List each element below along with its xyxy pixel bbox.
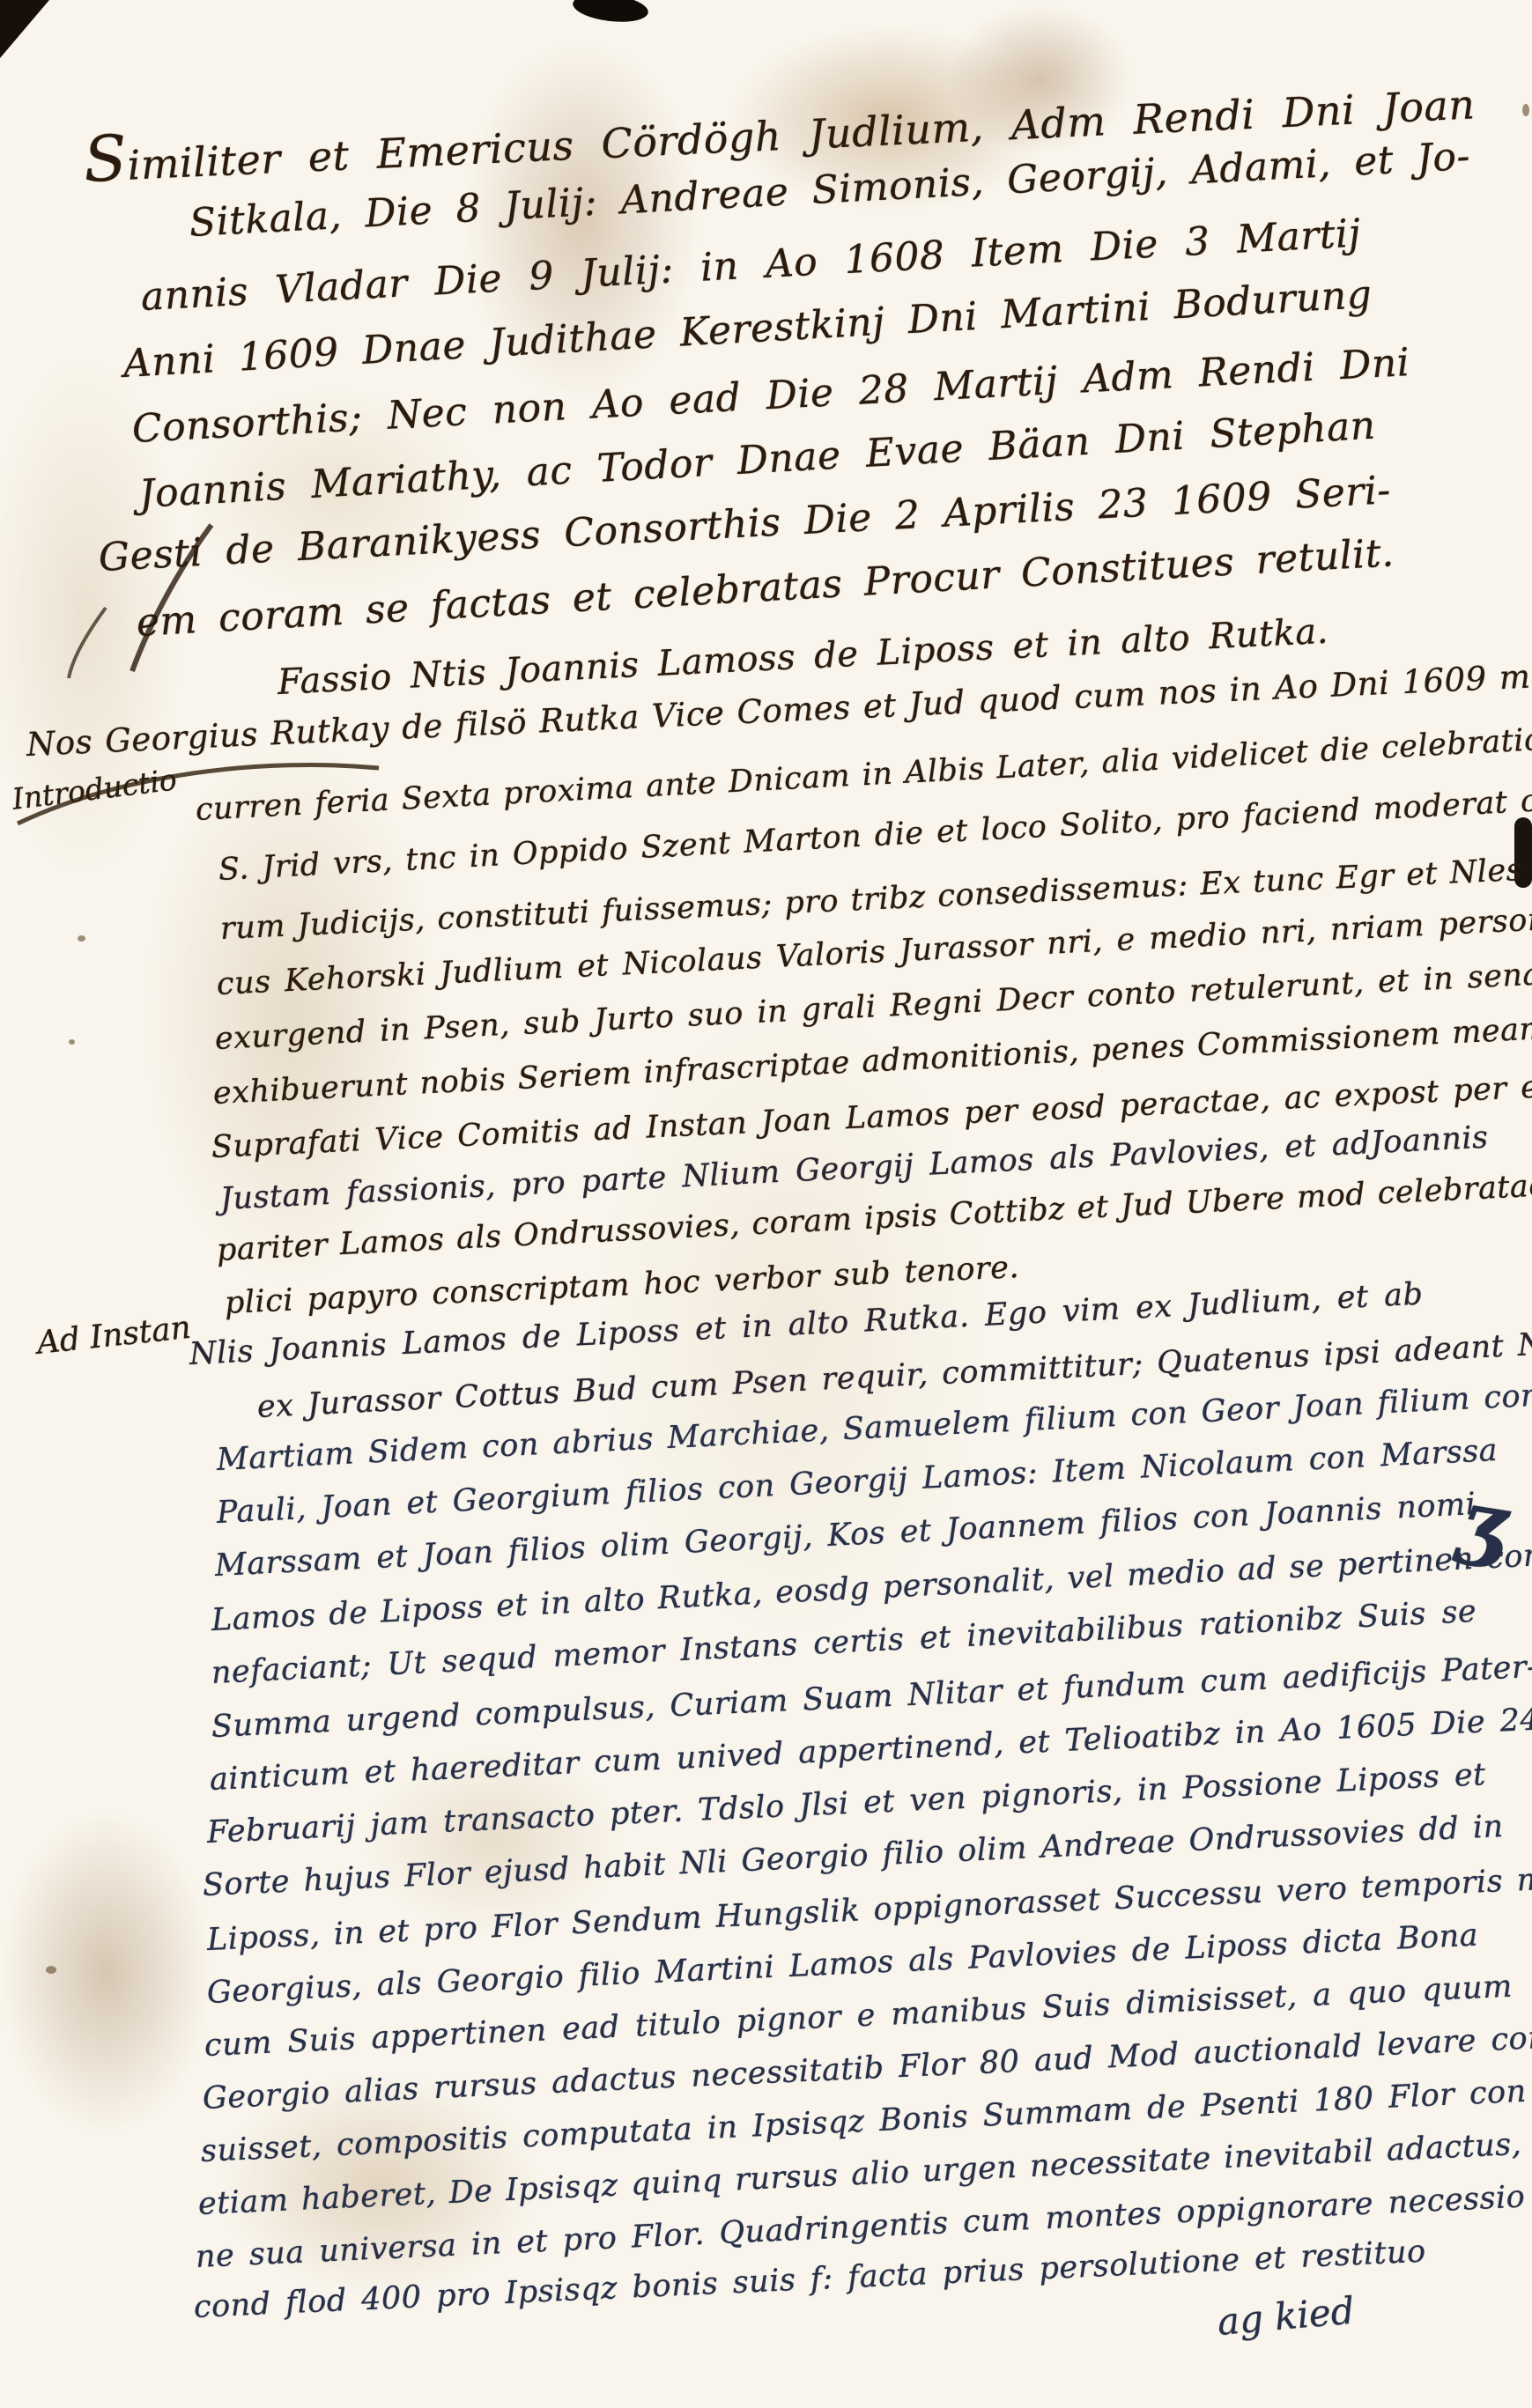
scan-corner-blemish [0, 0, 49, 58]
manuscript-page: Introductio Ad Instan Ʒ Similiter et Eme… [0, 0, 1532, 2408]
scan-top-blemish [571, 0, 649, 26]
margin-note-ad-instan: Ad Instan [35, 1310, 193, 1362]
ink-speck [46, 1966, 56, 1974]
ink-speck [69, 1039, 75, 1045]
margin-note-introductio: Introductio [11, 762, 179, 816]
catchword: ag kied [1216, 2289, 1357, 2344]
ink-speck [1522, 104, 1529, 116]
ink-speck [78, 935, 85, 942]
